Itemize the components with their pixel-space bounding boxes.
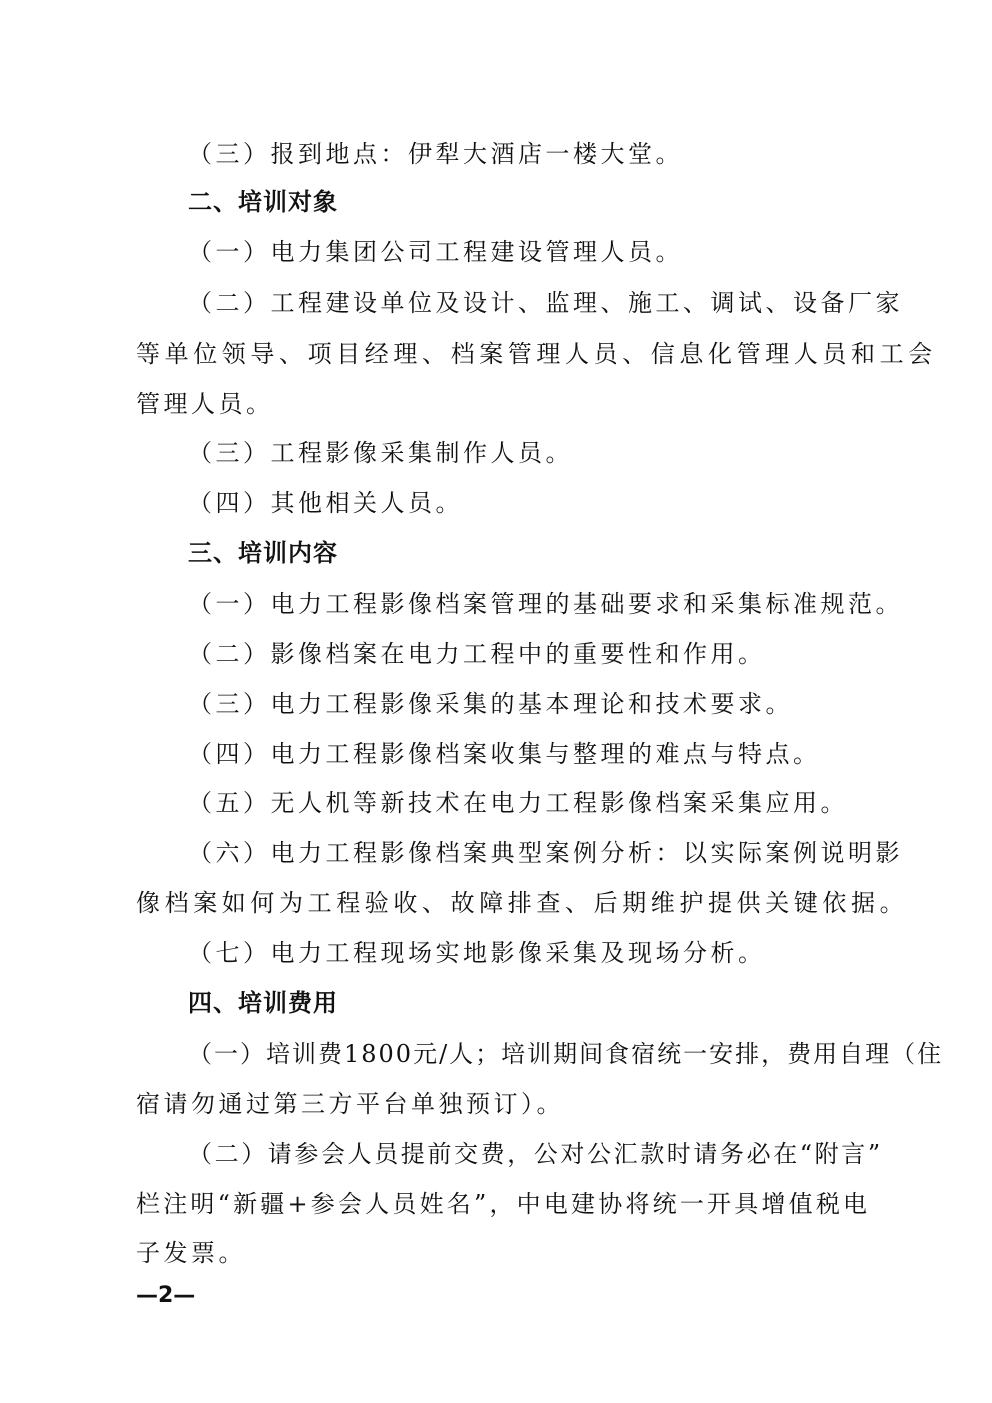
content-item-6-cont: 像档案如何为工程验收、故障排查、后期维护提供关键依据。 [136,888,866,918]
report-location: （三）报到地点：伊犁大酒店一楼大堂。 [188,139,918,169]
fee-item-1: （一）培训费1800元/人；培训期间食宿统一安排，费用自理（住 [188,1039,918,1069]
trainee-item-2: （二）工程建设单位及设计、监理、施工、调试、设备厂家 [188,288,918,318]
fee-item-2: （二）请参会人员提前交费，公对公汇款时请务必在“附言” [188,1139,918,1169]
fee-item-1-cont: 宿请勿通过第三方平台单独预订）。 [136,1089,866,1119]
section-heading-fees: 四、培训费用 [188,988,918,1018]
document-page: （三）报到地点：伊犁大酒店一楼大堂。 二、培训对象 （一）电力集团公司工程建设管… [0,0,992,1403]
content-item-7: （七）电力工程现场实地影像采集及现场分析。 [188,938,918,968]
trainee-item-3: （三）工程影像采集制作人员。 [188,438,918,468]
content-item-6: （六）电力工程影像档案典型案例分析：以实际案例说明影 [188,838,918,868]
content-item-1: （一）电力工程影像档案管理的基础要求和采集标准规范。 [188,589,918,619]
content-item-5: （五）无人机等新技术在电力工程影像档案采集应用。 [188,788,918,818]
content-item-4: （四）电力工程影像档案收集与整理的难点与特点。 [188,739,918,769]
trainee-item-2-cont2: 管理人员。 [136,389,866,419]
page-number: —2— [136,1283,195,1308]
content-item-2: （二）影像档案在电力工程中的重要性和作用。 [188,639,918,669]
trainee-item-1: （一）电力集团公司工程建设管理人员。 [188,237,918,267]
fee-item-2-cont: 栏注明“新疆+参会人员姓名”，中电建协将统一开具增值税电 [136,1189,866,1219]
section-heading-trainees: 二、培训对象 [188,187,918,217]
trainee-item-4: （四）其他相关人员。 [188,488,918,518]
content-item-3: （三）电力工程影像采集的基本理论和技术要求。 [188,689,918,719]
fee-item-2-cont2: 子发票。 [136,1238,866,1268]
section-heading-content: 三、培训内容 [188,538,918,568]
trainee-item-2-cont: 等单位领导、项目经理、档案管理人员、信息化管理人员和工会 [136,339,866,369]
